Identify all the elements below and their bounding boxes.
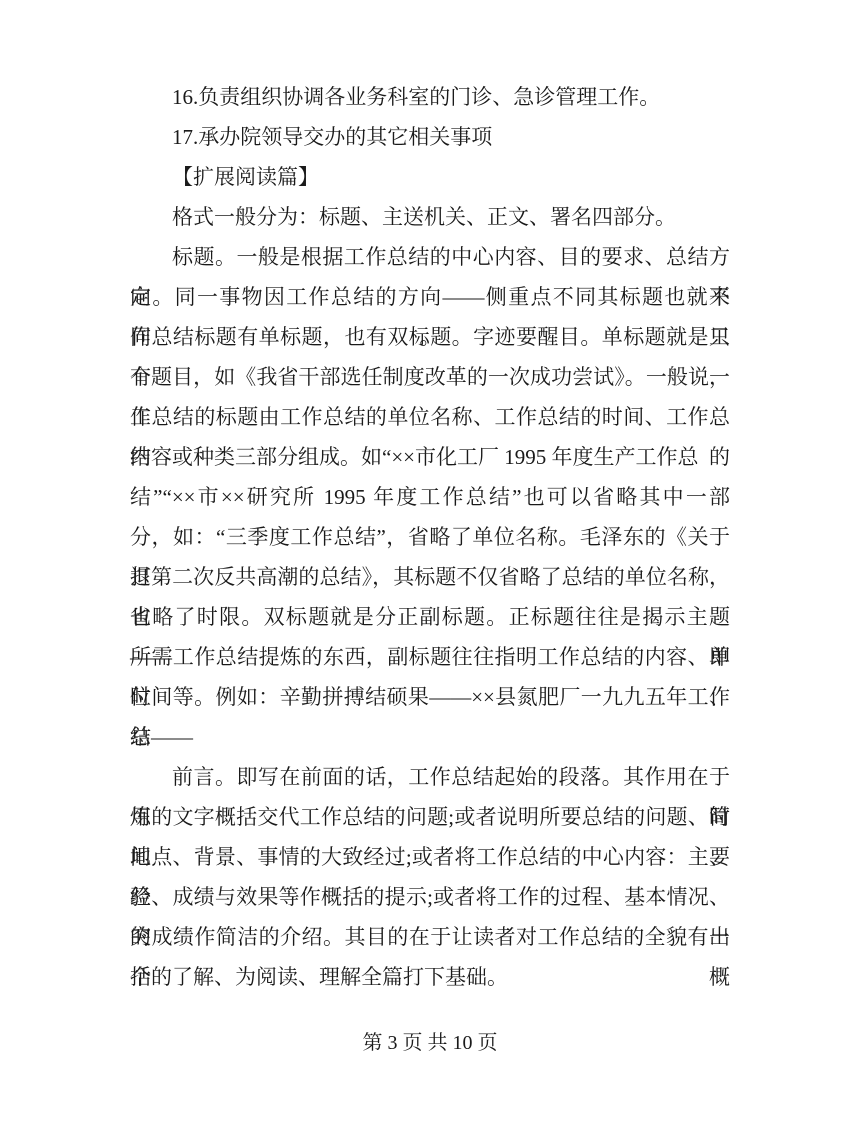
- text-line: 炼的文字概括交代工作总结的问题;或者说明所要总结的问题、时间、: [130, 797, 730, 837]
- text-line: 作总结标题有单标题，也有双标题。字迹要醒目。单标题就是只有一: [130, 317, 730, 357]
- text-line: 分，如：“三季度工作总结”，省略了单位名称。毛泽东的《关于打: [130, 517, 730, 557]
- text-line: 16.负责组织协调各业务科室的门诊、急诊管理工作。: [130, 77, 730, 117]
- text-line: 所需工作总结提炼的东西，副标题往往指明工作总结的内容、单位、: [130, 637, 730, 677]
- text-line: 时间等。例如：辛勤拼搏结硕果——××县氮肥厂一九九五年工作总: [130, 677, 730, 717]
- text-line: 的成绩作简洁的介绍。其目的在于让读者对工作总结的全貌有一个概: [130, 917, 730, 957]
- page-footer: 第 3 页 共 10 页: [130, 1023, 730, 1063]
- text-line: 【扩展阅读篇】: [130, 157, 730, 197]
- text-line: 内容或种类三部分组成。如“××市化工厂 1995 年度生产工作总: [130, 437, 730, 477]
- document-page: 16.负责组织协调各业务科室的门诊、急诊管理工作。17.承办院领导交办的其它相关…: [0, 0, 867, 1122]
- text-line: 17.承办院领导交办的其它相关事项: [130, 117, 730, 157]
- text-line: 作总结的标题由工作总结的单位名称、工作总结的时间、工作总结的: [130, 397, 730, 437]
- text-line: 格式一般分为：标题、主送机关、正文、署名四部分。: [130, 197, 730, 237]
- text-line: 退第二次反共高潮的总结》，其标题不仅省略了总结的单位名称，也: [130, 557, 730, 597]
- text-line: 地点、背景、事情的大致经过;或者将工作总结的中心内容：主要经: [130, 837, 730, 877]
- text-line: 标题。一般是根据工作总结的中心内容、目的要求、总结方向来: [130, 237, 730, 277]
- text-line: 结”“××市××研究所 1995 年度工作总结”也可以省略其中一部: [130, 477, 730, 517]
- document-body: 16.负责组织协调各业务科室的门诊、急诊管理工作。17.承办院领导交办的其它相关…: [130, 77, 730, 997]
- text-line: 省略了时限。双标题就是分正副标题。正标题往往是揭示主题——即: [130, 597, 730, 637]
- page-number-text: 第 3 页 共 10 页: [363, 1032, 498, 1054]
- text-line: 定。同一事物因工作总结的方向——侧重点不同其标题也就不同。工: [130, 277, 730, 317]
- text-line: 验、成绩与效果等作概括的提示;或者将工作的过程、基本情况、突出: [130, 877, 730, 917]
- text-line: 结——: [130, 717, 730, 757]
- text-line: 个题目，如《我省干部选任制度改革的一次成功尝试》。一般说，工: [130, 357, 730, 397]
- text-line: 前言。即写在前面的话，工作总结起始的段落。其作用在于用简: [130, 757, 730, 797]
